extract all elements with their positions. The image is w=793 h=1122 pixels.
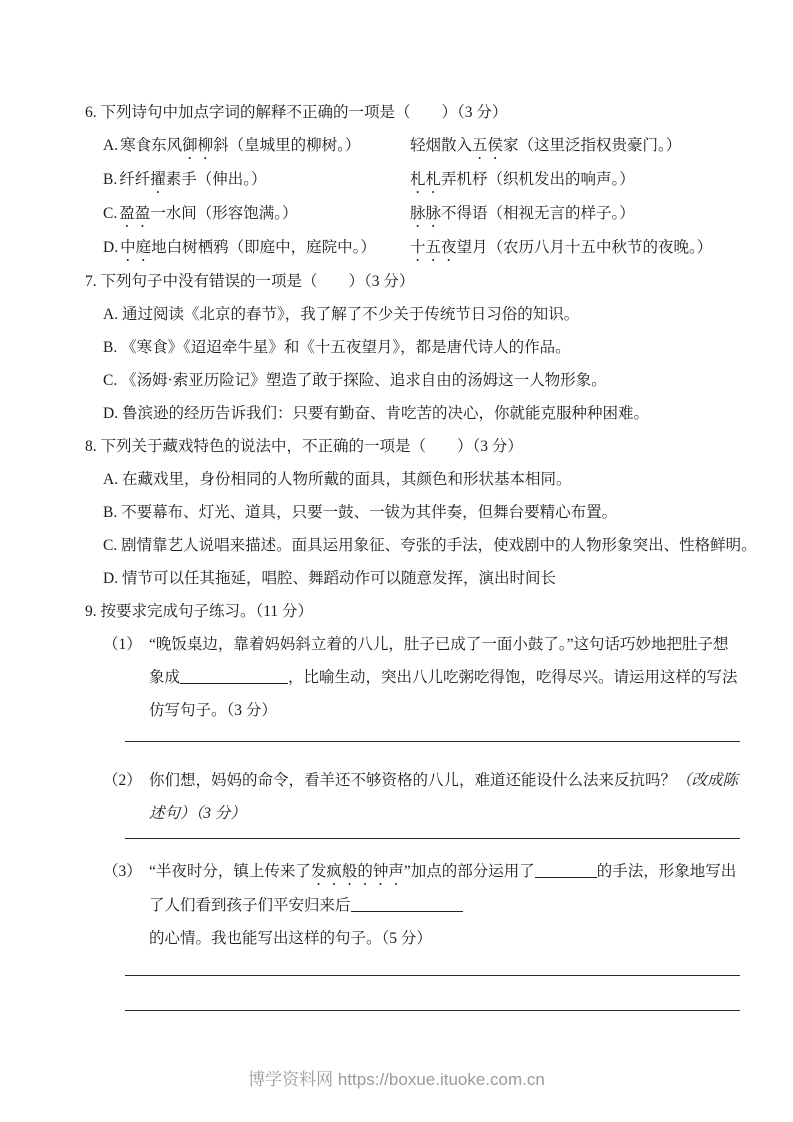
- q6-option-c-left: C.盈盈一水间（形容饱满。）: [103, 197, 410, 231]
- q6-option-b-left: B.纤纤擢素手（伸出。）: [103, 163, 410, 197]
- sub-question-label: （2）: [85, 764, 149, 830]
- text-segment: 五侯: [472, 137, 503, 154]
- text-segment: 不得语（相视无言的样子。）: [441, 205, 635, 222]
- question-9-title: 9. 按要求完成句子练习。（11 分）: [85, 595, 740, 628]
- q6-option-row-b: B.纤纤擢素手（伸出。） 札札弄机杼（织机发出的响声。）: [85, 163, 740, 197]
- q6-option-c-right-text: 脉脉不得语（相视无言的样子。）: [410, 197, 740, 231]
- q9-sub-1-text: “晚饭桌边，靠着妈妈斜立着的八儿，肚子已成了一面小鼓了。”这句话巧妙地把肚子想象…: [149, 628, 740, 727]
- fill-in-blank: [351, 897, 463, 912]
- text-segment: 擢: [150, 171, 166, 188]
- answer-line: [125, 975, 740, 976]
- q6-option-c-left-text: 盈盈一水间（形容饱满。）: [119, 205, 297, 222]
- option-label: B.: [103, 171, 117, 188]
- q9-sub-2: （2） 你们想，妈妈的命令，看羊还不够资格的八儿，难道还能设什么法来反抗吗？（改…: [85, 764, 740, 830]
- q6-option-row-a: A.寒食东风御柳斜（皇城里的柳树。） 轻烟散入五侯家（这里泛指权贵豪门。）: [85, 129, 740, 163]
- q6-option-a-left-text: 寒食东风御柳斜（皇城里的柳树。）: [120, 137, 360, 154]
- q6-option-a-right-text: 轻烟散入五侯家（这里泛指权贵豪门。）: [410, 129, 740, 163]
- text-segment: ”加点的部分运用了: [404, 863, 535, 880]
- question-7-title: 7. 下列句子中没有错误的一项是（ ）（3 分）: [85, 265, 740, 298]
- sub-question-label: （3）: [85, 855, 149, 955]
- option-label: A.: [103, 137, 118, 154]
- text-segment: “半夜时分，镇上传来了: [149, 863, 311, 880]
- q6-option-d-right-text: 十五夜望月（农历八月十五中秋节的夜晚。）: [410, 231, 740, 265]
- text-segment: 斜（皇城里的柳树。）: [213, 137, 360, 154]
- text-segment: 寒食东风: [120, 137, 182, 154]
- text-segment: 弄机杼（织机发出的响声。）: [441, 171, 635, 188]
- question-8-title: 8. 下列关于藏戏特色的说法中，不正确的一项是（ ）（3 分）: [85, 430, 740, 463]
- q6-option-a-left: A.寒食东风御柳斜（皇城里的柳树。）: [103, 129, 410, 163]
- q9-sub-3-text: “半夜时分，镇上传来了发疯般的钟声”加点的部分运用了的手法，形象地写出了人们看到…: [149, 855, 740, 955]
- q7-option-a: A. 通过阅读《北京的春节》，我了解了不少关于传统节日习俗的知识。: [85, 298, 740, 331]
- question-7: 7. 下列句子中没有错误的一项是（ ）（3 分） A. 通过阅读《北京的春节》，…: [85, 265, 740, 430]
- fill-in-blank: [535, 863, 597, 878]
- text-segment: 的心情。我也能写出这样的句子。（5 分）: [149, 930, 432, 947]
- q6-option-b-right-text: 札札弄机杼（织机发出的响声。）: [410, 163, 740, 197]
- fill-in-blank: [180, 669, 288, 684]
- text-segment: 望月（农历八月十五中秋节的夜晚。）: [457, 239, 713, 256]
- q7-option-b: B. 《寒食》《迢迢牵牛星》和《十五夜望月》，都是唐代诗人的作品。: [85, 331, 740, 364]
- text-segment: （3 分）: [196, 805, 246, 822]
- answer-line: [125, 741, 740, 742]
- q9-sub-1: （1） “晚饭桌边，靠着妈妈斜立着的八儿，肚子已成了一面小鼓了。”这句话巧妙地把…: [85, 628, 740, 727]
- page-footer-watermark: 博学资料网 https://boxue.ituoke.com.cn: [0, 1065, 793, 1090]
- exam-page: 6. 下列诗句中加点字词的解释不正确的一项是（ ）（3 分） A.寒食东风御柳斜…: [0, 0, 793, 1122]
- q6-option-d-left: D.中庭地白树栖鸦（即庭中，庭院中。）: [103, 231, 410, 265]
- q6-option-d-left-text: 中庭地白树栖鸦（即庭中，庭院中。）: [120, 239, 376, 256]
- text-segment: 中庭: [120, 239, 151, 256]
- text-segment: 十五夜: [410, 239, 457, 256]
- option-label: C.: [103, 205, 117, 222]
- text-segment: 你们想，妈妈的命令，看羊还不够资格的八儿，难道还能设什么法来反抗吗？: [149, 772, 676, 789]
- answer-line: [125, 1010, 740, 1011]
- text-segment: 轻烟散入: [410, 137, 472, 154]
- q9-sub-3: （3） “半夜时分，镇上传来了发疯般的钟声”加点的部分运用了的手法，形象地写出了…: [85, 855, 740, 955]
- q6-option-b-left-text: 纤纤擢素手（伸出。）: [119, 171, 266, 188]
- option-label: D.: [103, 239, 118, 256]
- text-segment: 地白树栖鸦（即庭中，庭院中。）: [151, 239, 376, 256]
- text-segment: 家（这里泛指权贵豪门。）: [503, 137, 681, 154]
- text-segment: 札札: [410, 171, 441, 188]
- question-9: 9. 按要求完成句子练习。（11 分） （1） “晚饭桌边，靠着妈妈斜立着的八儿…: [85, 595, 740, 1011]
- text-segment: 发疯般的钟声: [311, 863, 404, 880]
- text-segment: 脉脉: [410, 205, 441, 222]
- q8-option-b: B. 不要幕布、灯光、道具，只要一鼓、一钹为其伴奏，但舞台要精心布置。: [85, 496, 740, 529]
- text-segment: 盈盈: [119, 205, 150, 222]
- exam-content: 6. 下列诗句中加点字词的解释不正确的一项是（ ）（3 分） A.寒食东风御柳斜…: [85, 96, 740, 1011]
- text-segment: 素手（伸出。）: [166, 171, 267, 188]
- q9-sub-2-text: 你们想，妈妈的命令，看羊还不够资格的八儿，难道还能设什么法来反抗吗？（改成陈述句…: [149, 764, 740, 830]
- answer-line: [125, 838, 740, 839]
- question-6-title: 6. 下列诗句中加点字词的解释不正确的一项是（ ）（3 分）: [85, 96, 740, 129]
- question-6: 6. 下列诗句中加点字词的解释不正确的一项是（ ）（3 分） A.寒食东风御柳斜…: [85, 96, 740, 265]
- question-8: 8. 下列关于藏戏特色的说法中，不正确的一项是（ ）（3 分） A. 在藏戏里，…: [85, 430, 740, 595]
- q6-option-row-c: C.盈盈一水间（形容饱满。） 脉脉不得语（相视无言的样子。）: [85, 197, 740, 231]
- text-segment: 一水间（形容饱满。）: [150, 205, 297, 222]
- q7-option-d: D. 鲁滨逊的经历告诉我们：只要有勤奋、肯吃苦的决心，你就能克服种种困难。: [85, 397, 740, 430]
- text-segment: 纤纤: [119, 171, 150, 188]
- q6-option-row-d: D.中庭地白树栖鸦（即庭中，庭院中。） 十五夜望月（农历八月十五中秋节的夜晚。）: [85, 231, 740, 265]
- q8-option-c: C. 剧情靠艺人说唱来描述。面具运用象征、夸张的手法，使戏剧中的人物形象突出、性…: [85, 529, 740, 562]
- q8-option-d: D. 情节可以任其拖延，唱腔、舞蹈动作可以随意发挥，演出时间长: [85, 562, 740, 595]
- text-segment: 御柳: [182, 137, 213, 154]
- q7-option-c: C. 《汤姆·索亚历险记》塑造了敢于探险、追求自由的汤姆这一人物形象。: [85, 364, 740, 397]
- sub-question-label: （1）: [85, 628, 149, 727]
- q8-option-a: A. 在藏戏里，身份相同的人物所戴的面具，其颜色和形状基本相同。: [85, 463, 740, 496]
